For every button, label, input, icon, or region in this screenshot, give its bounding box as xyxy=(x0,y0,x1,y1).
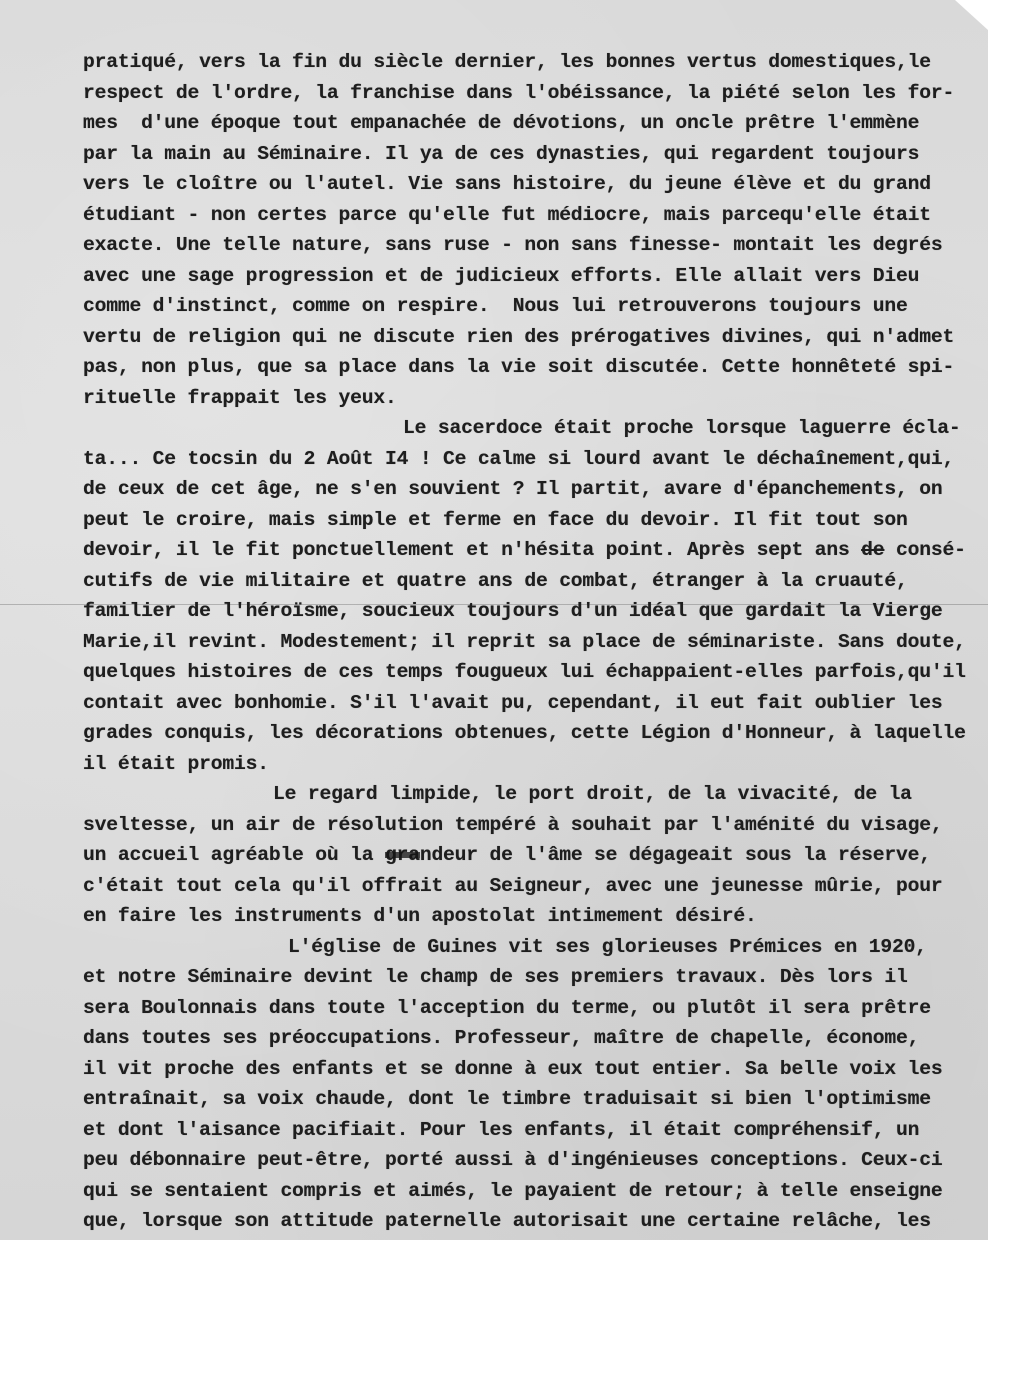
text-line: contait avec bonhomie. S'il l'avait pu, … xyxy=(83,688,966,719)
struck-out-word: de xyxy=(861,539,884,561)
line-text: quelques histoires de ces temps fougueux… xyxy=(83,661,966,683)
text-line: respect de l'ordre, la franchise dans l'… xyxy=(83,78,966,109)
text-line: L'église de Guines vit ses glorieuses Pr… xyxy=(83,932,966,963)
line-text: grades conquis, les décorations obtenues… xyxy=(83,722,966,744)
text-line: rituelle frappait les yeux. xyxy=(83,383,966,414)
line-text: il vit proche des enfants et se donne à … xyxy=(83,1058,942,1080)
text-line: entraînait, sa voix chaude, dont le timb… xyxy=(83,1084,966,1115)
line-text: en faire les instruments d'un apostolat … xyxy=(83,905,757,927)
text-line: peut le croire, mais simple et ferme en … xyxy=(83,505,966,536)
text-line: qui se sentaient compris et aimés, le pa… xyxy=(83,1176,966,1207)
line-text: devoir, il le fit ponctuellement et n'hé… xyxy=(83,539,861,561)
line-text: ndeur de l'âme se dégageait sous la rése… xyxy=(420,844,931,866)
text-line: exacte. Une telle nature, sans ruse - no… xyxy=(83,230,966,261)
line-text: Le sacerdoce était proche lorsque laguer… xyxy=(403,417,961,439)
line-text: par la main au Séminaire. Il ya de ces d… xyxy=(83,143,919,165)
line-text: pas, non plus, que sa place dans la vie … xyxy=(83,356,954,378)
line-text: qui se sentaient compris et aimés, le pa… xyxy=(83,1180,942,1202)
line-text: respect de l'ordre, la franchise dans l'… xyxy=(83,82,954,104)
line-text: dans toutes ses préoccupations. Professe… xyxy=(83,1027,919,1049)
text-line: dans toutes ses préoccupations. Professe… xyxy=(83,1023,966,1054)
line-text: exacte. Une telle nature, sans ruse - no… xyxy=(83,234,942,256)
text-line: mes d'une époque tout empanachée de dévo… xyxy=(83,108,966,139)
text-line: étudiant - non certes parce qu'elle fut … xyxy=(83,200,966,231)
line-text: et dont l'aisance pacifiait. Pour les en… xyxy=(83,1119,919,1141)
text-line: et dont l'aisance pacifiait. Pour les en… xyxy=(83,1115,966,1146)
line-text: sera Boulonnais dans toute l'acception d… xyxy=(83,997,931,1019)
line-text: mes d'une époque tout empanachée de dévo… xyxy=(83,112,919,134)
line-text: contait avec bonhomie. S'il l'avait pu, … xyxy=(83,692,942,714)
line-text: peut le croire, mais simple et ferme en … xyxy=(83,509,908,531)
text-line: grades conquis, les décorations obtenues… xyxy=(83,718,966,749)
line-text: avec une sage progression et de judicieu… xyxy=(83,265,919,287)
text-line: Marie,il revint. Modestement; il reprit … xyxy=(83,627,966,658)
text-line: sera Boulonnais dans toute l'acception d… xyxy=(83,993,966,1024)
line-text: un accueil agréable où la xyxy=(83,844,385,866)
line-text: étudiant - non certes parce qu'elle fut … xyxy=(83,204,931,226)
line-text: de ceux de cet âge, ne s'en souvient ? I… xyxy=(83,478,942,500)
line-text: Le regard limpide, le port droit, de la … xyxy=(273,783,912,805)
text-line: devoir, il le fit ponctuellement et n'hé… xyxy=(83,535,966,566)
text-line: comme d'instinct, comme on respire. Nous… xyxy=(83,291,966,322)
text-line: vertu de religion qui ne discute rien de… xyxy=(83,322,966,353)
text-line: quelques histoires de ces temps fougueux… xyxy=(83,657,966,688)
text-line: il était promis. xyxy=(83,749,966,780)
line-text: pratiqué, vers la fin du siècle dernier,… xyxy=(83,51,931,73)
line-text: peu débonnaire peut-être, porté aussi à … xyxy=(83,1149,942,1171)
line-text: comme d'instinct, comme on respire. Nous… xyxy=(83,295,908,317)
line-text: c'était tout cela qu'il offrait au Seign… xyxy=(83,875,942,897)
line-text: ta... Ce tocsin du 2 Août I4 ! Ce calme … xyxy=(83,448,954,470)
line-text: vertu de religion qui ne discute rien de… xyxy=(83,326,954,348)
text-line: familier de l'héroïsme, soucieux toujour… xyxy=(83,596,966,627)
line-text: Marie,il revint. Modestement; il reprit … xyxy=(83,631,966,653)
text-line: il vit proche des enfants et se donne à … xyxy=(83,1054,966,1085)
text-line: vers le cloître ou l'autel. Vie sans his… xyxy=(83,169,966,200)
text-line: c'était tout cela qu'il offrait au Seign… xyxy=(83,871,966,902)
text-line: cutifs de vie militaire et quatre ans de… xyxy=(83,566,966,597)
text-line: peu débonnaire peut-être, porté aussi à … xyxy=(83,1145,966,1176)
line-text: que, lorsque son attitude paternelle aut… xyxy=(83,1210,931,1232)
line-text: rituelle frappait les yeux. xyxy=(83,387,397,409)
text-line: pratiqué, vers la fin du siècle dernier,… xyxy=(83,47,966,78)
text-line: par la main au Séminaire. Il ya de ces d… xyxy=(83,139,966,170)
text-line: de ceux de cet âge, ne s'en souvient ? I… xyxy=(83,474,966,505)
line-text: vers le cloître ou l'autel. Vie sans his… xyxy=(83,173,931,195)
line-text: cutifs de vie militaire et quatre ans de… xyxy=(83,570,908,592)
line-text: entraînait, sa voix chaude, dont le timb… xyxy=(83,1088,931,1110)
line-text: il était promis. xyxy=(83,753,269,775)
text-line: Le sacerdoce était proche lorsque laguer… xyxy=(83,413,966,444)
text-line: et notre Séminaire devint le champ de se… xyxy=(83,962,966,993)
line-text: et notre Séminaire devint le champ de se… xyxy=(83,966,908,988)
typewritten-text-body: pratiqué, vers la fin du siècle dernier,… xyxy=(83,47,966,1237)
text-line: un accueil agréable où la grandeur de l'… xyxy=(83,840,966,871)
line-text: sveltesse, un air de résolution tempéré … xyxy=(83,814,942,836)
overstruck-correction: gra xyxy=(385,840,420,871)
line-text: consé- xyxy=(884,539,965,561)
line-text: familier de l'héroïsme, soucieux toujour… xyxy=(83,600,942,622)
text-line: en faire les instruments d'un apostolat … xyxy=(83,901,966,932)
text-line: Le regard limpide, le port droit, de la … xyxy=(83,779,966,810)
text-line: que, lorsque son attitude paternelle aut… xyxy=(83,1206,966,1237)
text-line: pas, non plus, que sa place dans la vie … xyxy=(83,352,966,383)
text-line: sveltesse, un air de résolution tempéré … xyxy=(83,810,966,841)
text-line: ta... Ce tocsin du 2 Août I4 ! Ce calme … xyxy=(83,444,966,475)
line-text: L'église de Guines vit ses glorieuses Pr… xyxy=(288,936,927,958)
text-line: avec une sage progression et de judicieu… xyxy=(83,261,966,292)
